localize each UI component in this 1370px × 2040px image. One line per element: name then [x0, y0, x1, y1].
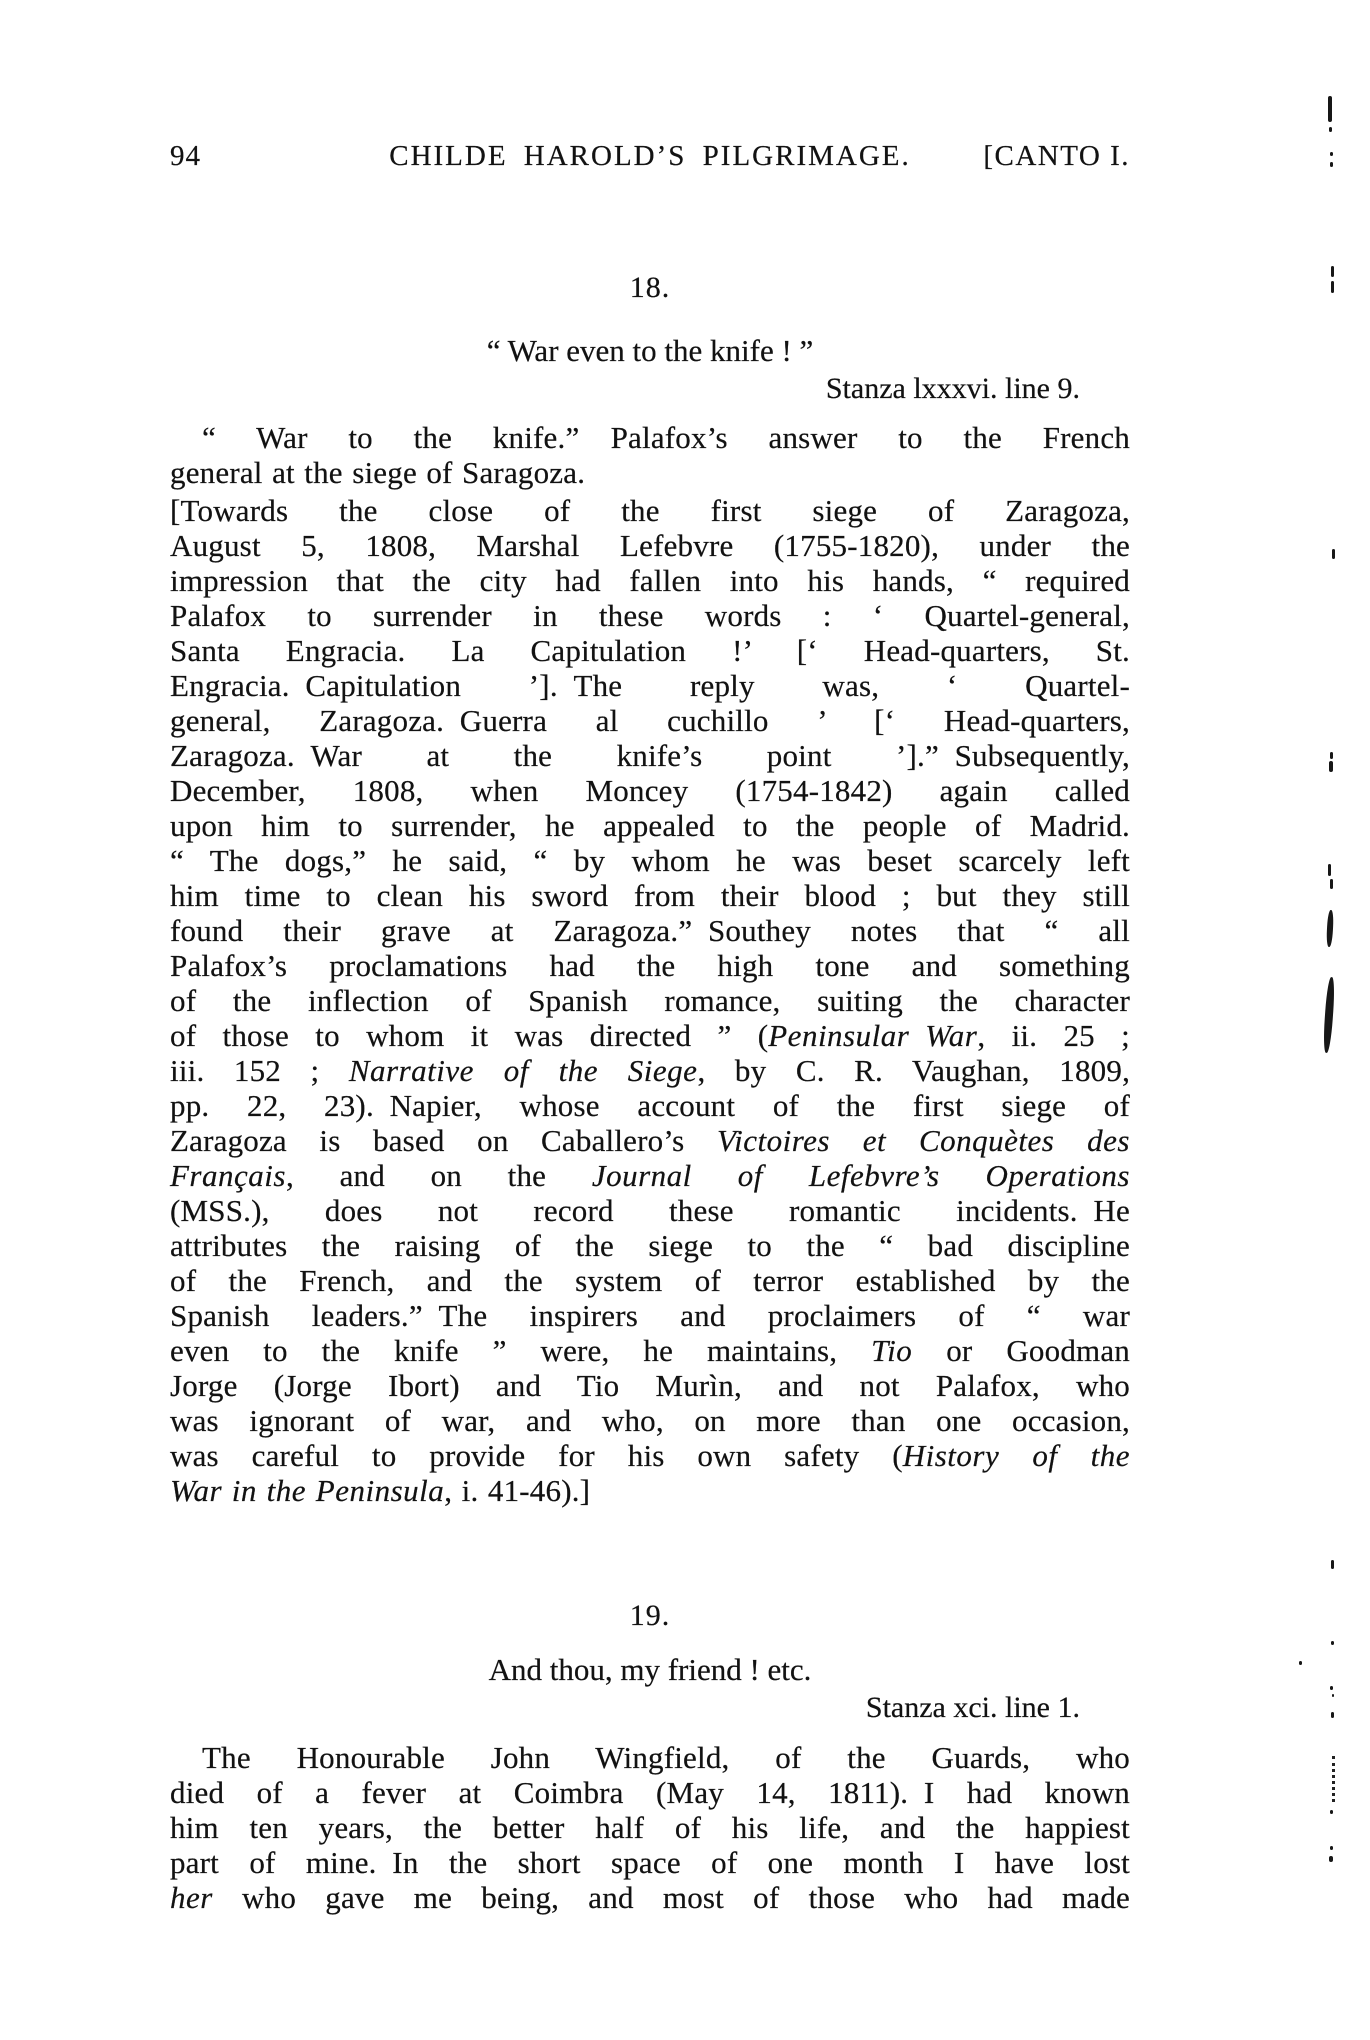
- section-18-note-paragraph: [Towards the close of the first siege of…: [170, 493, 1130, 1508]
- ink-artifact: [1322, 977, 1335, 1053]
- text-line: August 5, 1808, Marshal Lefebvre (1755-1…: [170, 528, 1130, 563]
- text-line: part of mine. In the short space of one …: [170, 1845, 1130, 1880]
- text-line: (MSS.), does not record these romantic i…: [170, 1193, 1130, 1228]
- ink-artifact: [1330, 1686, 1333, 1690]
- ink-artifact: [1329, 761, 1333, 772]
- text-line: pp. 22, 23). Napier, whose account of th…: [170, 1088, 1130, 1123]
- text-line: him ten years, the better half of his li…: [170, 1810, 1130, 1845]
- text-line: found their grave at Zaragoza.” Southey …: [170, 913, 1130, 948]
- text-line: The Honourable John Wingfield, of the Gu…: [170, 1740, 1130, 1775]
- text-line: iii. 152 ; Narrative of the Siege, by C.…: [170, 1053, 1130, 1088]
- ink-artifact: [1328, 864, 1331, 876]
- running-title: CHILDE HAROLD’S PILGRIMAGE.: [389, 140, 911, 173]
- text-line: was careful to provide for his own safet…: [170, 1438, 1130, 1473]
- ink-artifact: [1330, 152, 1333, 156]
- text-line: Français, and on the Journal of Lefebvre…: [170, 1158, 1130, 1193]
- ink-artifact: [1332, 1756, 1335, 1802]
- section-18-intro-paragraph: “ War to the knife.” Palafox’s answer to…: [170, 420, 1130, 490]
- ink-artifact: [1330, 1810, 1333, 1814]
- text-line: Santa Engracia. La Capitulation !’ [‘ He…: [170, 633, 1130, 668]
- section-19-number: 19.: [170, 1598, 1130, 1633]
- page-header: 94 CHILDE HAROLD’S PILGRIMAGE. [CANTO I.: [170, 140, 1130, 175]
- ink-artifact: [1331, 1712, 1334, 1718]
- text-line: December, 1808, when Moncey (1754-1842) …: [170, 773, 1130, 808]
- section-18-attribution: Stanza lxxxvi. line 9.: [170, 371, 1130, 406]
- section-19-quote: And thou, my friend ! etc.: [170, 1652, 1130, 1687]
- canto-label: [CANTO I.: [911, 140, 1130, 173]
- text-line: general, Zaragoza. Guerra al cuchillo ’ …: [170, 703, 1130, 738]
- ink-artifact: [1330, 1846, 1333, 1850]
- ink-artifact: [1328, 96, 1332, 122]
- ink-artifact: [1326, 910, 1334, 947]
- ink-artifact: [1329, 127, 1332, 132]
- ink-artifact: [1332, 1694, 1334, 1697]
- text-line: Engracia. Capitulation ’]. The reply was…: [170, 668, 1130, 703]
- text-line: Palafox’s proclamations had the high ton…: [170, 948, 1130, 983]
- ink-artifact: [1331, 266, 1334, 277]
- section-19-note-paragraph: The Honourable John Wingfield, of the Gu…: [170, 1740, 1130, 1915]
- text-line: “ War to the knife.” Palafox’s answer to…: [170, 420, 1130, 455]
- text-line: even to the knife ” were, he maintains, …: [170, 1333, 1130, 1368]
- section-18-number: 18.: [170, 270, 1130, 305]
- text-line: her who gave me being, and most of those…: [170, 1880, 1130, 1915]
- text-line: Zaragoza. War at the knife’s point ’].” …: [170, 738, 1130, 773]
- text-line: of those to whom it was directed ” (Peni…: [170, 1018, 1130, 1053]
- text-line: Spanish leaders.” The inspirers and proc…: [170, 1298, 1130, 1333]
- text-line: of the inflection of Spanish romance, su…: [170, 983, 1130, 1018]
- ink-artifact: [1330, 162, 1333, 167]
- text-line: War in the Peninsula, i. 41-46).]: [170, 1473, 1130, 1508]
- text-line: [Towards the close of the first siege of…: [170, 493, 1130, 528]
- ink-artifact: [1329, 1856, 1333, 1862]
- page-number: 94: [170, 140, 389, 173]
- text-line: Zaragoza is based on Caballero’s Victoir…: [170, 1123, 1130, 1158]
- text-line: him time to clean his sword from their b…: [170, 878, 1130, 913]
- text-line: attributes the raising of the siege to t…: [170, 1228, 1130, 1263]
- ink-artifact: [1331, 1560, 1334, 1569]
- ink-artifact: [1330, 752, 1333, 759]
- text-line: died of a fever at Coimbra (May 14, 1811…: [170, 1775, 1130, 1810]
- section-19-attribution: Stanza xci. line 1.: [170, 1690, 1130, 1725]
- text-line: general at the siege of Saragoza.: [170, 455, 1130, 490]
- ink-artifact: [1299, 1661, 1302, 1665]
- section-18-quote: “ War even to the knife ! ”: [170, 333, 1130, 368]
- ink-artifact: [1331, 1641, 1334, 1645]
- text-line: Palafox to surrender in these words : ‘ …: [170, 598, 1130, 633]
- text-column: 94 CHILDE HAROLD’S PILGRIMAGE. [CANTO I.…: [170, 0, 1130, 1915]
- ink-artifact: [1332, 549, 1335, 559]
- text-line: Jorge (Jorge Ibort) and Tio Murìn, and n…: [170, 1368, 1130, 1403]
- ink-artifact: [1330, 879, 1333, 889]
- text-line: “ The dogs,” he said, “ by whom he was b…: [170, 843, 1130, 878]
- book-page: 94 CHILDE HAROLD’S PILGRIMAGE. [CANTO I.…: [0, 0, 1370, 2040]
- text-line: was ignorant of war, and who, on more th…: [170, 1403, 1130, 1438]
- text-line: upon him to surrender, he appealed to th…: [170, 808, 1130, 843]
- text-line: impression that the city had fallen into…: [170, 563, 1130, 598]
- ink-artifact: [1331, 281, 1334, 293]
- text-line: of the French, and the system of terror …: [170, 1263, 1130, 1298]
